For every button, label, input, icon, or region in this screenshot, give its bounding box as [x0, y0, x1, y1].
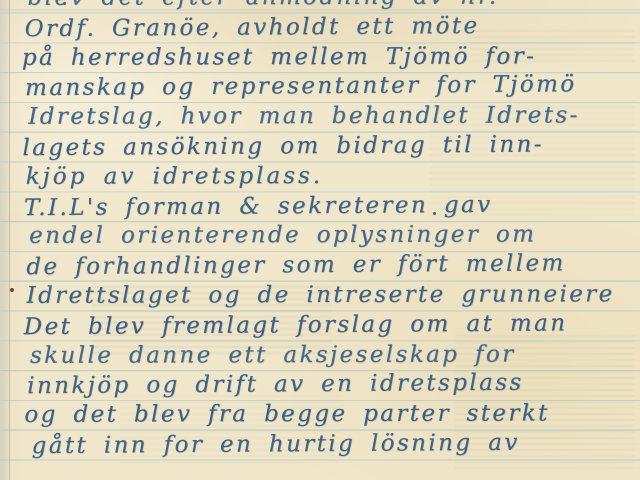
page-left-edge [0, 0, 10, 480]
handwritten-line: og det blev fra begge parter sterkt [24, 399, 640, 430]
ink-speck [433, 212, 436, 215]
handwritten-line: Idretslag, hvor man behandlet Idrets- [28, 101, 639, 132]
handwritten-text: blev det efter anmodning av hr. Ordf. Gr… [24, 0, 640, 462]
handwritten-line: endel orienterende oplysninger om [29, 221, 640, 252]
handwritten-line: Idrettslaget og de intreserte grunneiere [26, 280, 640, 311]
handwritten-line: Det blev fremlagt forslag om at man [24, 309, 640, 343]
ink-speck [10, 288, 14, 292]
handwritten-line: de forhandlinger som er fört mellem [26, 249, 640, 283]
handwritten-line: Ordf. Granöe, avholdt ett möte [25, 11, 639, 45]
handwritten-line: innkjöp og drift av en idretsplass [27, 368, 640, 402]
notebook-page: blev det efter anmodning av hr. Ordf. Gr… [0, 0, 640, 480]
handwritten-line: manskap og representanter for Tjömö [25, 70, 639, 104]
handwritten-line: skulle danne ett aksjeselskap for [30, 340, 640, 371]
handwritten-line: gått inn for en hurtig lösning av [31, 428, 640, 462]
handwritten-line: lagets ansökning om bidrag til inn- [22, 130, 639, 164]
handwritten-line: blev det efter anmodning av hr. [27, 0, 638, 14]
handwritten-line: på herredshuset mellem Tjömö for- [22, 42, 639, 73]
handwritten-line: T.I.L's forman & sekreteren gav [24, 189, 640, 223]
ink-speck [63, 2, 66, 5]
handwritten-line: kjöp av idretsplass. [26, 161, 640, 192]
